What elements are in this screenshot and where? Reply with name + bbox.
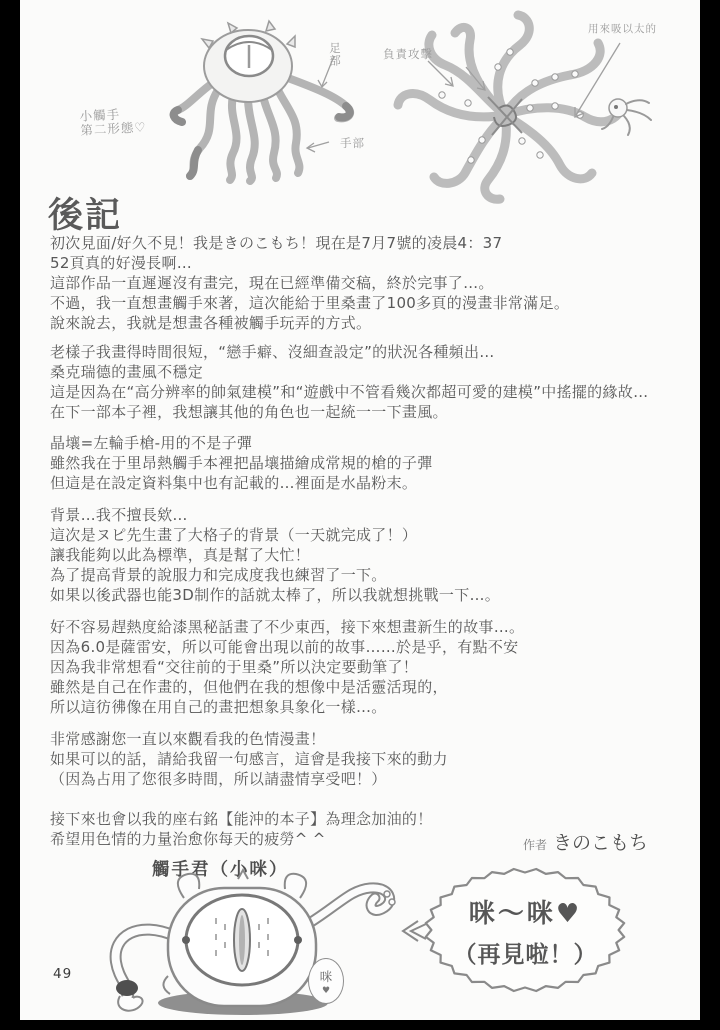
afterword-line: 這次是ヌピ先生畫了大格子的背景（一天就完成了！） [50, 525, 680, 545]
large-tentacle-sketch [370, 5, 682, 213]
farewell-line2: （再見啦！） [454, 936, 598, 969]
farewell-bubble-text: 咪～咪♥ （再見啦！） [418, 860, 633, 1002]
author-credit: 作者 きのこもち [523, 828, 648, 855]
afterword-line: 但這是在設定資料集中也有記載的…裡面是水晶粉末。 [50, 473, 680, 493]
afterword-heading: 後記 [48, 188, 122, 238]
afterword-line: 接下來也會以我的座右銘【能沖的本子】為理念加油的！ [50, 809, 680, 829]
afterword-line: 這部作品一直遲遲沒有畫完，現在已經準備交稿，終於完事了…。 [50, 273, 680, 293]
afterword-paragraph: 好不容易趕熱度給漆黑秘話畫了不少東西，接下來想畫新生的故事…。 因為6.0是薩雷… [50, 617, 680, 717]
afterword-line: 非常感謝您一直以來觀看我的色情漫畫！ [50, 729, 680, 749]
afterword-line: 不過，我一直想畫觸手來著，這次能給于里桑畫了100多頁的漫畫非常滿足。 [50, 293, 680, 313]
afterword-line: 在下一部本子裡，我想讓其他的角色也一起統一一下畫風。 [50, 402, 680, 422]
afterword-line: 讓我能夠以此為標準，真是幫了大忙！ [50, 545, 680, 565]
afterword-line: 老樣子我畫得時間很短，“戀手癖、沒細查設定”的狀況各種頻出… [50, 342, 680, 362]
afterword-paragraph: 初次見面/好久不見！我是きのこもち！現在是7月7號的凌晨4：37 52頁真的好漫… [50, 233, 680, 333]
small-tentacle-sketch [148, 18, 378, 188]
attack-label: 負責攻擊 [383, 47, 433, 61]
author-name: きのこもち [553, 828, 648, 855]
afterword-body: 初次見面/好久不見！我是きのこもち！現在是7月7號的凌晨4：37 52頁真的好漫… [50, 233, 680, 849]
afterword-line: 晶壤=左輪手槍-用的不是子彈 [50, 433, 680, 453]
sketch-caption: 小觸手 第二形態♡ [79, 106, 147, 137]
afterword-paragraph: 背景…我不擅長欸… 這次是ヌピ先生畫了大格子的背景（一天就完成了！） 讓我能夠以… [50, 505, 680, 605]
afterword-line: 所以這彷彿像在用自己的畫把想象具象化一樣…。 [50, 697, 680, 717]
afterword-paragraph: 老樣子我畫得時間很短，“戀手癖、沒細查設定”的狀況各種頻出… 桑克瑞德的畫風不穩… [50, 342, 680, 422]
afterword-line: 雖然我在于里昂熱觸手本裡把晶壤描繪成常規的槍的子彈 [50, 453, 680, 473]
afterword-line: 桑克瑞德的畫風不穩定 [50, 362, 680, 382]
afterword-paragraph: 非常感謝您一直以來觀看我的色情漫畫！ 如果可以的話，請給我留一句感言，這會是我接… [50, 729, 680, 789]
hand-label: 手部 [340, 136, 365, 150]
afterword-page: 小觸手 第二形態♡ 足部 手部 負責攻擊 用來吸以太的 後記 初次見面/好久不見… [20, 0, 700, 1020]
afterword-line: （因為占用了您很多時間，所以請盡情享受吧！） [50, 769, 680, 789]
small-speech-bubble: 咪 ♥ [308, 958, 344, 1004]
page-number: 49 [53, 966, 72, 982]
author-credit-label: 作者 [523, 836, 547, 853]
afterword-line: 這是因為在“高分辨率的帥氣建模”和“遊戲中不管看幾次都超可愛的建模”中搖擺的緣故… [50, 382, 680, 402]
afterword-line: 因為我非常想看“交往前的于里桑”所以決定要動筆了！ [50, 657, 680, 677]
afterword-paragraph: 晶壤=左輪手槍-用的不是子彈 雖然我在于里昂熱觸手本裡把晶壤描繪成常規的槍的子彈… [50, 433, 680, 493]
small-bubble-text: 咪 [320, 967, 333, 985]
aether-label: 用來吸以太的 [588, 22, 657, 36]
farewell-line1: 咪～咪♥ [469, 893, 582, 930]
foot-label: 足部 [328, 42, 342, 67]
sketch-caption-line2: 第二形態♡ [80, 120, 147, 137]
afterword-line: 好不容易趕熱度給漆黑秘話畫了不少東西，接下來想畫新生的故事…。 [50, 617, 680, 637]
afterword-line: 初次見面/好久不見！我是きのこもち！現在是7月7號的凌晨4：37 [50, 233, 680, 253]
afterword-line: 為了提高背景的說服力和完成度我也練習了一下。 [50, 565, 680, 585]
mascot-drawing [78, 866, 420, 1020]
afterword-line: 說來說去，我就是想畫各種被觸手玩弄的方式。 [50, 313, 680, 333]
afterword-line: 背景…我不擅長欸… [50, 505, 680, 525]
scanned-page-background: { "page": { "number": "49" }, "sketch_an… [0, 0, 720, 1030]
afterword-line: 52頁真的好漫長啊… [50, 253, 680, 273]
afterword-line: 如果可以的話，請給我留一句感言，這會是我接下來的動力 [50, 749, 680, 769]
farewell-speech-bubble: 咪～咪♥ （再見啦！） [398, 860, 633, 1002]
afterword-line: 因為6.0是薩雷安，所以可能會出現以前的故事……於是乎，有點不安 [50, 637, 680, 657]
afterword-line: 雖然是自己在作畫的，但他們在我的想像中是活靈活現的， [50, 677, 680, 697]
afterword-line: 如果以後武器也能3D制作的話就太棒了，所以我就想挑戰一下…。 [50, 585, 680, 605]
small-bubble-heart-icon: ♥ [322, 986, 330, 996]
